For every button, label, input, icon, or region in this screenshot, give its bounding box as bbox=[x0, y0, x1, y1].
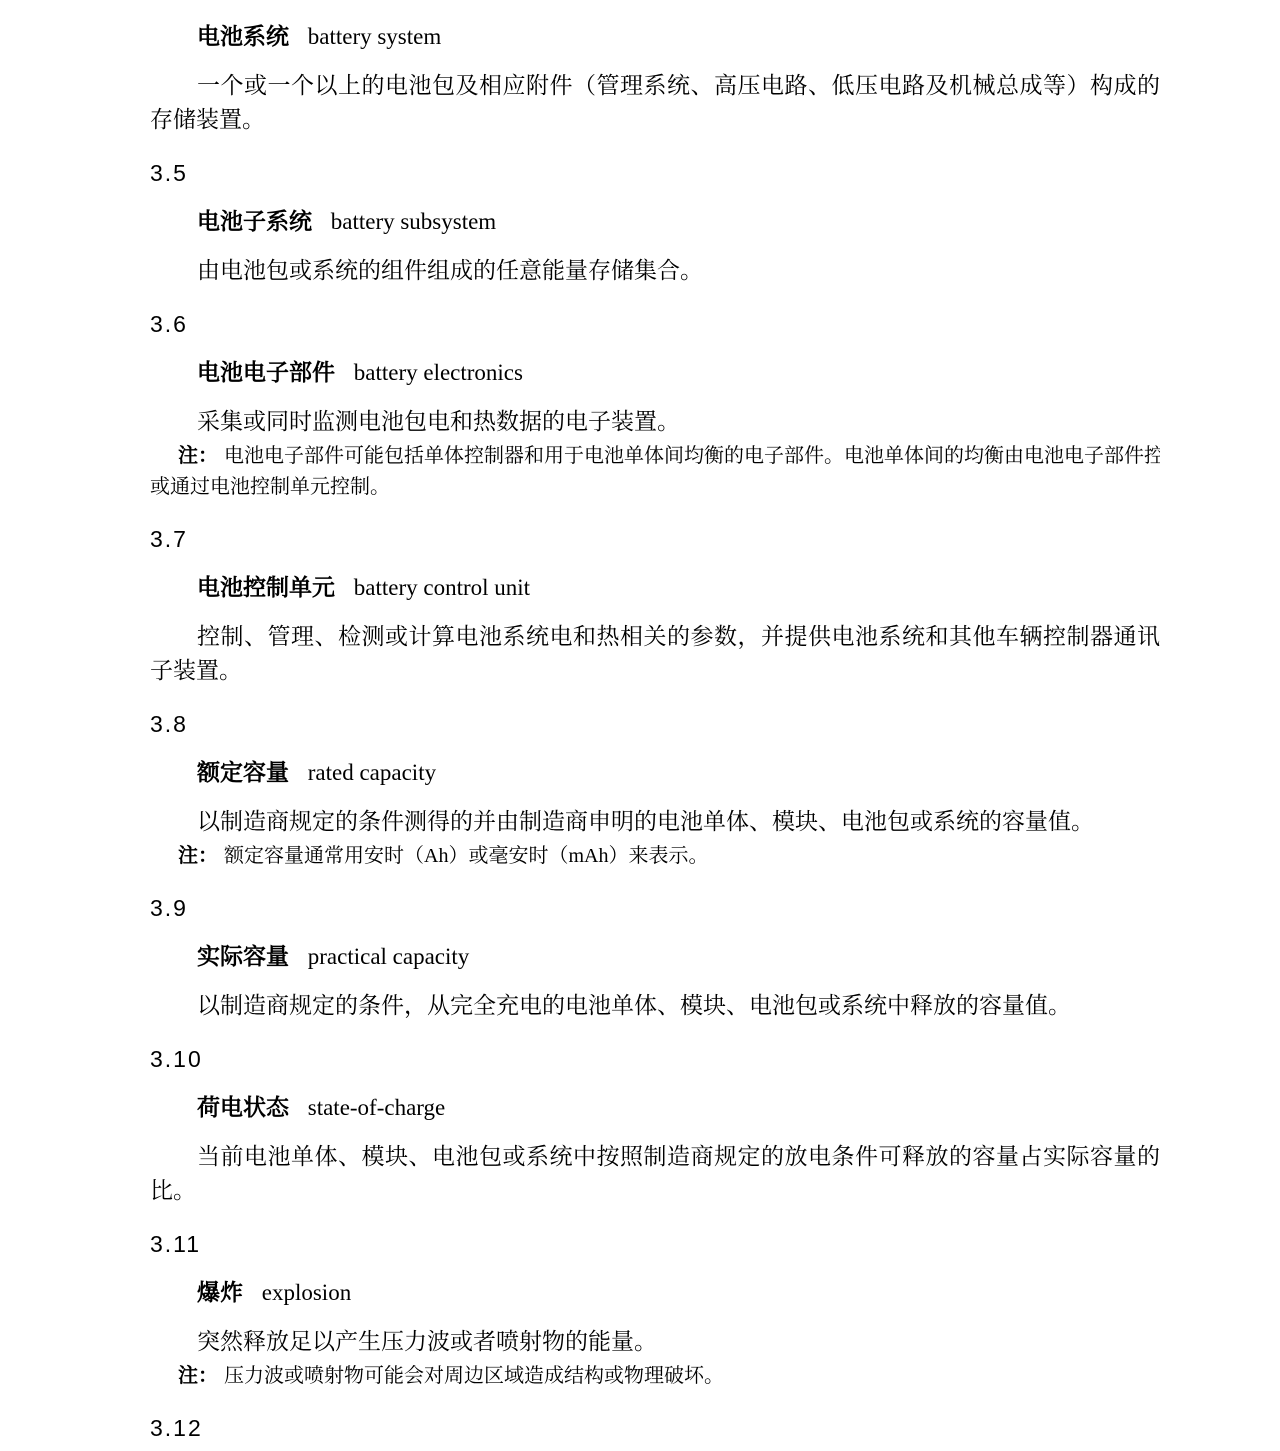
note-line: 注：电池电子部件可能包括单体控制器和用于电池单体间均衡的电子部件。电池单体间的均… bbox=[150, 441, 1160, 472]
note-text: 电池电子部件可能包括单体控制器和用于电池单体间均衡的电子部件。电池单体间的均衡由… bbox=[224, 445, 1160, 467]
term-en: state-of-charge bbox=[308, 1095, 446, 1120]
term-zh: 电池系统 bbox=[197, 23, 289, 49]
definition-line: 控制、管理、检测或计算电池系统电和热相关的参数，并提供电池系统和其他车辆控制器通… bbox=[150, 620, 1160, 654]
section-number: 3.7 bbox=[150, 522, 1160, 556]
term-heading: 电池子系统 battery subsystem bbox=[150, 204, 1160, 238]
definition-line: 比。 bbox=[150, 1174, 1160, 1208]
term-section-battery-subsystem: 3.5 电池子系统 battery subsystem 由电池包或系统的组件组成… bbox=[150, 156, 1160, 288]
term-section-explosion: 3.11 爆炸 explosion 突然释放足以产生压力波或者喷射物的能量。 注… bbox=[150, 1227, 1160, 1392]
definition-line: 一个或一个以上的电池包及相应附件（管理系统、高压电路、低压电路及机械总成等）构成… bbox=[150, 69, 1160, 103]
note-text: 额定容量通常用安时（Ah）或毫安时（mAh）来表示。 bbox=[224, 845, 708, 867]
note-label: 注： bbox=[178, 445, 218, 467]
definition-line: 以制造商规定的条件，从完全充电的电池单体、模块、电池包或系统中释放的容量值。 bbox=[150, 989, 1160, 1023]
term-en: explosion bbox=[262, 1280, 351, 1305]
document-page: 电池系统 battery system 一个或一个以上的电池包及相应附件（管理系… bbox=[0, 0, 1280, 1445]
term-en: battery control unit bbox=[354, 575, 530, 600]
term-en: battery subsystem bbox=[331, 209, 496, 234]
definition-line: 当前电池单体、模块、电池包或系统中按照制造商规定的放电条件可释放的容量占实际容量… bbox=[150, 1140, 1160, 1174]
term-en: battery system bbox=[308, 24, 442, 49]
note-text: 压力波或喷射物可能会对周边区域造成结构或物理破坏。 bbox=[224, 1365, 724, 1387]
term-heading: 爆炸 explosion bbox=[150, 1275, 1160, 1309]
term-zh: 实际容量 bbox=[197, 943, 289, 969]
term-section-3-12: 3.12 bbox=[150, 1411, 1160, 1445]
term-section-state-of-charge: 3.10 荷电状态 state-of-charge 当前电池单体、模块、电池包或… bbox=[150, 1042, 1160, 1208]
term-zh: 爆炸 bbox=[197, 1279, 243, 1305]
term-section-battery-system: 电池系统 battery system 一个或一个以上的电池包及相应附件（管理系… bbox=[150, 19, 1160, 137]
term-zh: 荷电状态 bbox=[197, 1094, 289, 1120]
note-label: 注： bbox=[178, 845, 218, 867]
definition-line: 采集或同时监测电池包电和热数据的电子装置。 bbox=[150, 405, 1160, 439]
term-section-battery-control-unit: 3.7 电池控制单元 battery control unit 控制、管理、检测… bbox=[150, 522, 1160, 688]
term-zh: 额定容量 bbox=[197, 759, 289, 785]
term-heading: 实际容量 practical capacity bbox=[150, 939, 1160, 973]
section-number: 3.5 bbox=[150, 156, 1160, 190]
term-zh: 电池子系统 bbox=[197, 208, 312, 234]
definition-line: 突然释放足以产生压力波或者喷射物的能量。 bbox=[150, 1325, 1160, 1359]
term-heading: 电池控制单元 battery control unit bbox=[150, 570, 1160, 604]
term-zh: 电池电子部件 bbox=[197, 359, 335, 385]
term-heading: 电池电子部件 battery electronics bbox=[150, 355, 1160, 389]
term-heading: 电池系统 battery system bbox=[150, 19, 1160, 53]
note-line: 注：额定容量通常用安时（Ah）或毫安时（mAh）来表示。 bbox=[150, 841, 1160, 872]
note-line: 或通过电池控制单元控制。 bbox=[150, 472, 1160, 503]
term-zh: 电池控制单元 bbox=[197, 574, 335, 600]
section-number: 3.12 bbox=[150, 1411, 1160, 1445]
note-line: 注：压力波或喷射物可能会对周边区域造成结构或物理破坏。 bbox=[150, 1361, 1160, 1392]
term-en: practical capacity bbox=[308, 944, 470, 969]
section-number: 3.9 bbox=[150, 891, 1160, 925]
term-heading: 额定容量 rated capacity bbox=[150, 755, 1160, 789]
section-number: 3.6 bbox=[150, 307, 1160, 341]
definition-line: 以制造商规定的条件测得的并由制造商申明的电池单体、模块、电池包或系统的容量值。 bbox=[150, 805, 1160, 839]
section-number: 3.10 bbox=[150, 1042, 1160, 1076]
section-number: 3.8 bbox=[150, 707, 1160, 741]
term-en: rated capacity bbox=[308, 760, 436, 785]
term-section-battery-electronics: 3.6 电池电子部件 battery electronics 采集或同时监测电池… bbox=[150, 307, 1160, 503]
note-label: 注： bbox=[178, 1365, 218, 1387]
section-number: 3.11 bbox=[150, 1227, 1160, 1261]
term-section-practical-capacity: 3.9 实际容量 practical capacity 以制造商规定的条件，从完… bbox=[150, 891, 1160, 1023]
term-heading: 荷电状态 state-of-charge bbox=[150, 1090, 1160, 1124]
definition-line: 子装置。 bbox=[150, 654, 1160, 688]
definition-line: 由电池包或系统的组件组成的任意能量存储集合。 bbox=[150, 254, 1160, 288]
definition-line: 存储装置。 bbox=[150, 103, 1160, 137]
term-en: battery electronics bbox=[354, 360, 523, 385]
term-section-rated-capacity: 3.8 额定容量 rated capacity 以制造商规定的条件测得的并由制造… bbox=[150, 707, 1160, 872]
